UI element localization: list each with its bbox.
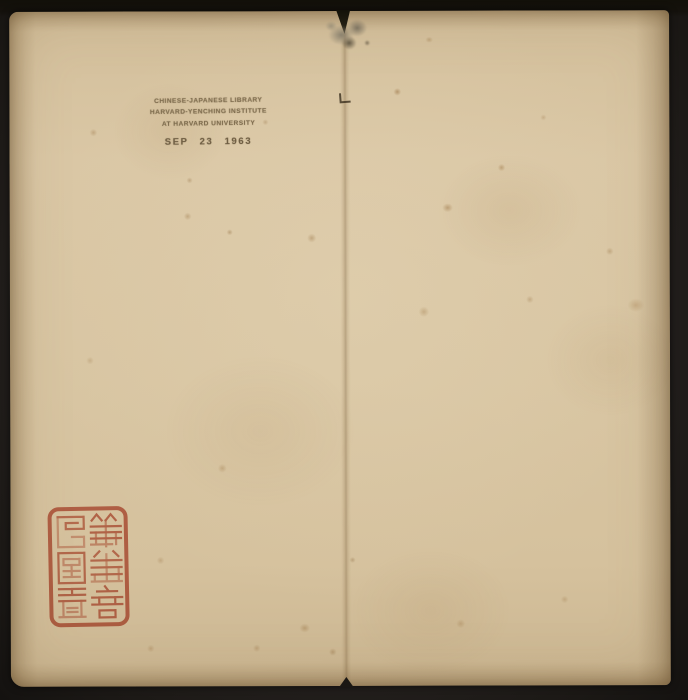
seal-char-l3 <box>59 589 86 618</box>
seal-char-r1 <box>91 514 122 547</box>
library-stamp-line3: AT HARVARD UNIVERSITY <box>143 117 273 130</box>
center-fold-line <box>340 11 351 686</box>
seal-char-r3 <box>92 586 123 618</box>
seal-char-l2 <box>58 553 85 584</box>
red-collector-seal <box>45 504 131 630</box>
repair-smudge <box>319 13 375 57</box>
accession-date-stamp: SEP 23 1963 <box>143 136 273 148</box>
seal-char-l1 <box>58 517 85 548</box>
small-ink-mark <box>339 93 351 104</box>
scan-background: CHINESE-JAPANESE LIBRARY HARVARD-YENCHIN… <box>0 0 688 700</box>
book-page: CHINESE-JAPANESE LIBRARY HARVARD-YENCHIN… <box>9 10 671 687</box>
library-stamp: CHINESE-JAPANESE LIBRARY HARVARD-YENCHIN… <box>143 94 273 130</box>
seal-char-r2 <box>91 551 122 582</box>
